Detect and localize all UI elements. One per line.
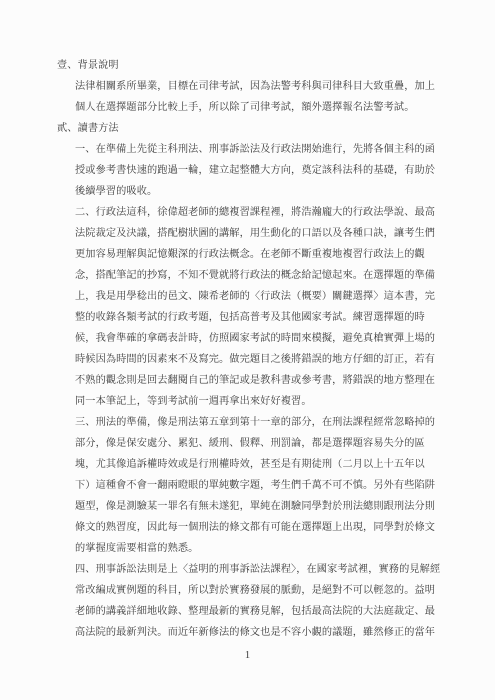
text-line: 候，我會準確的拿碼表計時，仿照國家考試的時間來模擬，避免真槍實彈上場的 xyxy=(75,328,495,349)
document-page: 壹、背景說明法律相關系所畢業，目標在司律考試，因為法警考科與司律科目大致重疊，加… xyxy=(0,0,495,700)
paragraph: 三、刑法的準備，像是刑法第五章到第十一章的部分，在刑法課程經常忽略掉的部分，像是… xyxy=(0,412,495,559)
text-line: 下）這種會不會一翻兩瞪眼的單純數字題，考生們千萬不可不慎。另外有些陷阱 xyxy=(75,475,495,496)
text-line: 高法院的最新判決。而近年新修法的條文也是不容小覷的議題，雖然修正的當年 xyxy=(75,622,495,643)
text-line: 條文的熟習度，因此每一個刑法的條文都有可能在選擇題上出現，同學對於條文 xyxy=(75,517,495,538)
text-line: 上，我是用學稔出的邑文、陳希老師的〈行政法（概要）關鍵選擇〉這本書，完 xyxy=(75,286,495,307)
paragraph: 法律相關系所畢業，目標在司律考試，因為法警考科與司律科目大致重疊，加上個人在選擇… xyxy=(0,76,495,118)
section-heading: 壹、背景說明 xyxy=(57,55,495,76)
text-line: 二、行政法這科，徐偉超老師的總複習課程裡，將浩瀚龐大的行政法學說、最高 xyxy=(75,202,495,223)
text-line: 題型，像是測驗某一罪名有無未遂犯，單純在測驗同學對於刑法總則跟刑法分則 xyxy=(75,496,495,517)
text-line: 時候因為時間的因素來不及寫完。做完題目之後將錯誤的地方仔細的訂正，若有 xyxy=(75,349,495,370)
document-content: 壹、背景說明法律相關系所畢業，目標在司律考試，因為法警考科與司律科目大致重疊，加… xyxy=(0,55,495,643)
text-line: 的掌握度需要相當的熟悉。 xyxy=(75,538,495,559)
text-line: 個人在選擇題部分比較上手，所以除了司律考試，額外選擇報名法警考試。 xyxy=(75,97,495,118)
text-line: 塊，尤其像追訴權時效或是行刑權時效，甚至是有期徒刑（二月以上十五年以 xyxy=(75,454,495,475)
text-line: 更加容易理解與記憶艱深的行政法概念。在老師不斷重複地複習行政法上的觀 xyxy=(75,244,495,265)
text-line: 整的收錄各類考試的行政考題，包括高普考及其他國家考試。練習選擇題的時 xyxy=(75,307,495,328)
paragraph: 二、行政法這科，徐偉超老師的總複習課程裡，將浩瀚龐大的行政法學說、最高法院裁定及… xyxy=(0,202,495,412)
text-line: 法律相關系所畢業，目標在司律考試，因為法警考科與司律科目大致重疊，加上 xyxy=(75,76,495,97)
text-line: 不熟的觀念則是回去翻閱自己的筆記或是教科書或參考書，將錯誤的地方整理在 xyxy=(75,370,495,391)
text-line: 念，搭配筆記的抄寫，不知不覺就將行政法的概念給記憶起來。在選擇題的準備 xyxy=(75,265,495,286)
paragraph: 四、刑事訴訟法則是上〈益明的刑事訴訟法課程〉，在國家考試裡，實務的見解經常改編成… xyxy=(0,559,495,643)
text-line: 四、刑事訴訟法則是上〈益明的刑事訴訟法課程〉，在國家考試裡，實務的見解經 xyxy=(75,559,495,580)
paragraph: 一、在準備上先從主科刑法、刑事訴訟法及行政法開始進行，先將各個主科的函授或參考書… xyxy=(0,139,495,202)
text-line: 老師的講義詳細地收錄、整理最新的實務見解，包括最高法院的大法庭裁定、最 xyxy=(75,601,495,622)
text-line: 三、刑法的準備，像是刑法第五章到第十一章的部分，在刑法課程經常忽略掉的 xyxy=(75,412,495,433)
text-line: 常改編成實例題的科目，所以對於實務發展的脈動，是絕對不可以輕忽的。益明 xyxy=(75,580,495,601)
text-line: 部分，像是保安處分、累犯、緩刑、假釋、刑罰論，都是選擇題容易失分的區 xyxy=(75,433,495,454)
page-number: 1 xyxy=(0,645,495,666)
text-line: 授或參考書快速的跑過一輪，建立起整體大方向，奠定該科法科的基礎，有助於 xyxy=(75,160,495,181)
text-line: 後續學習的吸收。 xyxy=(75,181,495,202)
text-line: 同一本筆記上，等到考試前一週再拿出來好好複習。 xyxy=(75,391,495,412)
text-line: 一、在準備上先從主科刑法、刑事訴訟法及行政法開始進行，先將各個主科的函 xyxy=(75,139,495,160)
text-line: 法院裁定及決議，搭配樹狀圖的講解，用生動化的口語以及各種口訣，讓考生們 xyxy=(75,223,495,244)
section-heading: 貳、讀書方法 xyxy=(57,118,495,139)
